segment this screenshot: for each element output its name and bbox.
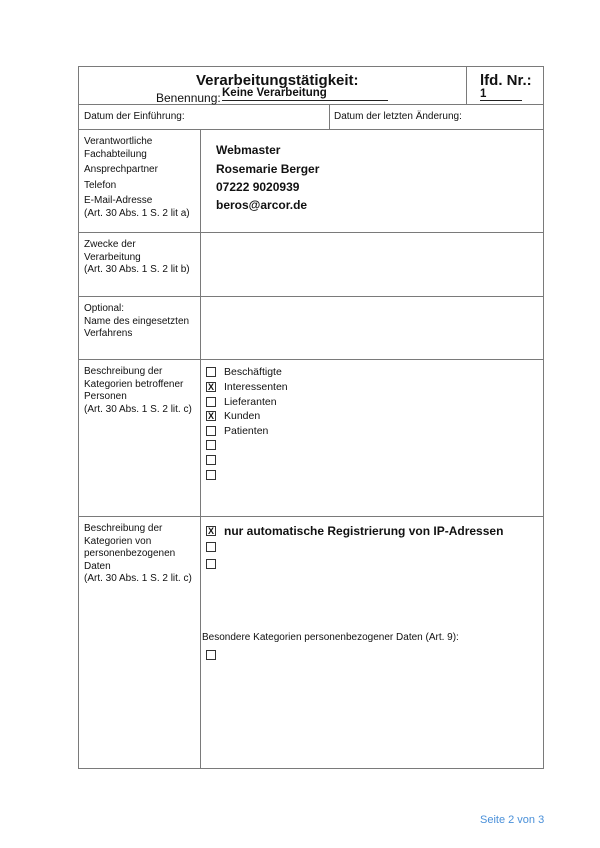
naming-field[interactable]: Keine Verarbeitung (222, 87, 388, 101)
checkbox-item[interactable] (206, 542, 216, 552)
checkbox-item[interactable]: Lieferanten (206, 396, 277, 408)
checkbox-item[interactable] (206, 470, 216, 480)
number-label: lfd. Nr.: (480, 72, 532, 89)
naming-label: Benennung: (156, 91, 221, 105)
page-number: Seite 2 von 3 (480, 814, 544, 826)
procedure-field[interactable] (202, 297, 542, 358)
number-value: 1 (480, 88, 486, 100)
checkbox-checked-icon[interactable]: X (206, 382, 216, 392)
purpose-field[interactable] (202, 233, 542, 295)
checkbox-icon[interactable] (206, 650, 216, 660)
checkbox-item[interactable]: XKunden (206, 410, 260, 422)
checkbox-item[interactable]: Patienten (206, 425, 268, 437)
checkbox-label: Patienten (224, 425, 268, 437)
checkbox-label: Beschäftigte (224, 366, 282, 378)
checkbox-item[interactable]: XInteressenten (206, 381, 288, 393)
department-value: Webmaster (216, 143, 280, 157)
checkbox-icon[interactable] (206, 367, 216, 377)
phone-value: 07222 9020939 (216, 180, 299, 194)
checkbox-checked-icon[interactable]: X (206, 526, 216, 536)
checkbox-icon[interactable] (206, 455, 216, 465)
checkbox-label: Lieferanten (224, 396, 277, 408)
checkbox-item[interactable] (206, 455, 216, 465)
email-value: beros@arcor.de (216, 198, 307, 212)
checkbox-icon[interactable] (206, 397, 216, 407)
checkbox-label: Interessenten (224, 381, 288, 393)
introduction-date-label: Datum der Einführung: (84, 111, 185, 124)
checkbox-label: nur automatische Registrierung von IP-Ad… (224, 524, 503, 538)
checkbox-icon[interactable] (206, 542, 216, 552)
last-change-date-label: Datum der letzten Änderung: (334, 111, 462, 124)
checkbox-icon[interactable] (206, 440, 216, 450)
checkbox-label: Kunden (224, 410, 260, 422)
checkbox-icon[interactable] (206, 559, 216, 569)
special-categories-label: Besondere Kategorien personenbezogener D… (202, 632, 459, 645)
purpose-labels: Zwecke der Verarbeitung (Art. 30 Abs. 1 … (84, 239, 190, 277)
procedure-labels: Optional: Name des eingesetzten Verfahre… (84, 303, 189, 341)
checkbox-icon[interactable] (206, 426, 216, 436)
naming-value: Keine Verarbeitung (222, 87, 327, 99)
data-categories-labels: Beschreibung der Kategorien von personen… (84, 523, 192, 586)
checkbox-item[interactable] (206, 559, 216, 569)
number-field[interactable]: 1 (480, 88, 522, 101)
contact-value: Rosemarie Berger (216, 162, 319, 176)
checkbox-item[interactable]: Xnur automatische Registrierung von IP-A… (206, 524, 503, 538)
checkbox-item[interactable]: Beschäftigte (206, 366, 282, 378)
checkbox-item[interactable] (206, 650, 216, 660)
checkbox-icon[interactable] (206, 470, 216, 480)
checkbox-checked-icon[interactable]: X (206, 411, 216, 421)
persons-labels: Beschreibung der Kategorien betroffener … (84, 366, 192, 416)
checkbox-item[interactable] (206, 440, 216, 450)
responsible-labels: Verantwortliche Fachabteilung Ansprechpa… (84, 136, 190, 220)
